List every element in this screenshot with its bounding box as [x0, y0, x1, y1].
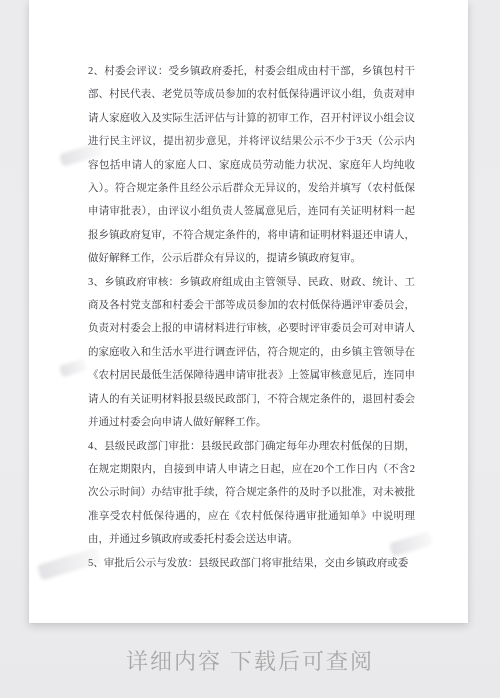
- watermark-smudge: [59, 358, 87, 377]
- document-content: 2、村委会评议：受乡镇政府委托，村委会组成由村干部，乡镇包村干部、村民代表、老党…: [88, 60, 415, 575]
- paragraph-village-committee-review: 2、村委会评议：受乡镇政府委托，村委会组成由村干部，乡镇包村干部、村民代表、老党…: [88, 60, 415, 271]
- footer-bar: 详细内容 下载后可查阅: [0, 623, 500, 698]
- paragraph-county-civil-affairs-approval: 4、县级民政部门审批：县级民政部门确定每年办理农村低保的日期，在规定期限内，自接…: [88, 435, 415, 552]
- paragraph-township-government-audit: 3、乡镇政府审核：乡镇政府组成由主管领导、民政、财政、统计、工商及各村党支部和村…: [88, 271, 415, 435]
- document-preview-page[interactable]: 2、村委会评议：受乡镇政府委托，村委会组成由村干部，乡镇包村干部、村民代表、老党…: [29, 0, 468, 623]
- footer-download-notice: 详细内容 下载后可查阅: [126, 645, 374, 676]
- paragraph-post-approval-publicity: 5、审批后公示与发放：县级民政部门将审批结果，交由乡镇政府或委: [88, 552, 415, 575]
